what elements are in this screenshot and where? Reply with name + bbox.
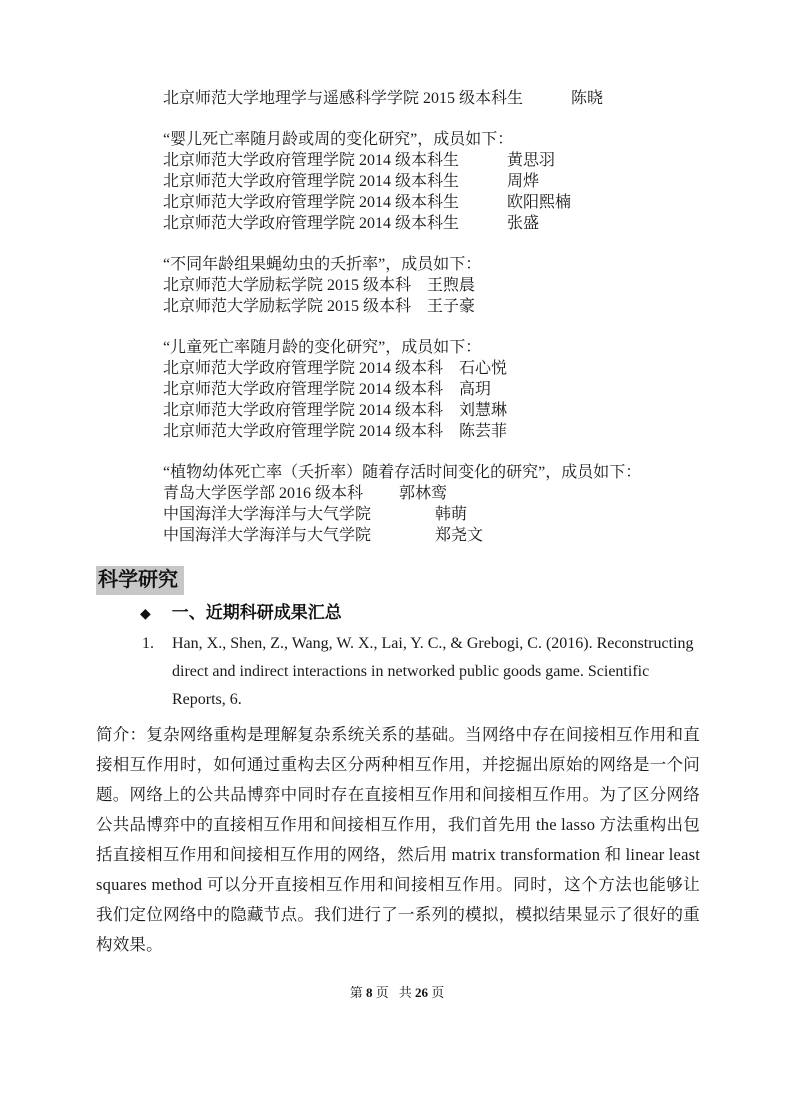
member-line: 北京师范大学政府管理学院 2014 级本科 高玥	[163, 379, 700, 400]
footer-label-ye2: 页	[431, 985, 444, 1000]
member-line: 北京师范大学励耘学院 2015 级本科 王子豪	[163, 296, 700, 317]
member-group: “儿童死亡率随月龄的变化研究”，成员如下：北京师范大学政府管理学院 2014 级…	[163, 337, 700, 442]
member-line: 北京师范大学励耘学院 2015 级本科 王煦晨	[163, 275, 700, 296]
member-group: 北京师范大学地理学与遥感科学学院 2015 级本科生 陈晓	[163, 88, 700, 109]
sub-heading-row: ◆ 一、近期科研成果汇总	[140, 603, 700, 623]
footer-label-di: 第	[350, 985, 363, 1000]
member-group: “婴儿死亡率随月龄或周的变化研究”，成员如下：北京师范大学政府管理学院 2014…	[163, 129, 700, 234]
member-line: 北京师范大学政府管理学院 2014 级本科生 欧阳熙楠	[163, 192, 700, 213]
member-group: “不同年龄组果蝇幼虫的夭折率”，成员如下：北京师范大学励耘学院 2015 级本科…	[163, 254, 700, 317]
reference-citation: Han, X., Shen, Z., Wang, W. X., Lai, Y. …	[172, 630, 700, 714]
member-line: 中国海洋大学海洋与大气学院 韩萌	[163, 504, 700, 525]
project-topic: “婴儿死亡率随月龄或周的变化研究”，成员如下：	[163, 129, 700, 150]
diamond-bullet-icon: ◆	[140, 603, 151, 623]
member-line: 北京师范大学政府管理学院 2014 级本科生 周烨	[163, 171, 700, 192]
footer-page-number: 8	[366, 985, 373, 1000]
sub-heading-recent-achievements: 一、近期科研成果汇总	[172, 603, 342, 623]
footer-label-gong: 共	[399, 985, 412, 1000]
document-page: 北京师范大学地理学与遥感科学学院 2015 级本科生 陈晓“婴儿死亡率随月龄或周…	[0, 0, 794, 1111]
page-content: 北京师范大学地理学与遥感科学学院 2015 级本科生 陈晓“婴儿死亡率随月龄或周…	[96, 88, 700, 977]
project-topic: “植物幼体死亡率（夭折率）随着存活时间变化的研究”，成员如下：	[163, 462, 700, 483]
member-line: 中国海洋大学海洋与大气学院 郑尧文	[163, 525, 700, 546]
reference-item: 1. Han, X., Shen, Z., Wang, W. X., Lai, …	[142, 630, 700, 714]
member-line: 北京师范大学政府管理学院 2014 级本科 陈芸菲	[163, 421, 700, 442]
member-group: “植物幼体死亡率（夭折率）随着存活时间变化的研究”，成员如下：青岛大学医学部 2…	[163, 462, 700, 546]
member-groups: 北京师范大学地理学与遥感科学学院 2015 级本科生 陈晓“婴儿死亡率随月龄或周…	[96, 88, 700, 546]
member-line: 青岛大学医学部 2016 级本科 郭林鸾	[163, 483, 700, 504]
section-heading-science-research: 科学研究	[96, 566, 184, 595]
member-line: 北京师范大学政府管理学院 2014 级本科 刘慧琳	[163, 400, 700, 421]
project-topic: “儿童死亡率随月龄的变化研究”，成员如下：	[163, 337, 700, 358]
reference-number: 1.	[142, 630, 172, 714]
member-line: 北京师范大学政府管理学院 2014 级本科生 黄思羽	[163, 150, 700, 171]
abstract-paragraph: 简介：复杂网络重构是理解复杂系统关系的基础。当网络中存在间接相互作用和直接相互作…	[96, 720, 700, 960]
footer-label-ye1: 页	[376, 985, 389, 1000]
footer-total-pages: 26	[415, 985, 428, 1000]
member-line: 北京师范大学政府管理学院 2014 级本科生 张盛	[163, 213, 700, 234]
page-footer: 第 8 页共 26 页	[0, 982, 794, 1001]
member-line: 北京师范大学地理学与遥感科学学院 2015 级本科生 陈晓	[163, 88, 700, 109]
project-topic: “不同年龄组果蝇幼虫的夭折率”，成员如下：	[163, 254, 700, 275]
section-heading-row: 科学研究	[96, 566, 700, 595]
member-line: 北京师范大学政府管理学院 2014 级本科 石心悦	[163, 358, 700, 379]
